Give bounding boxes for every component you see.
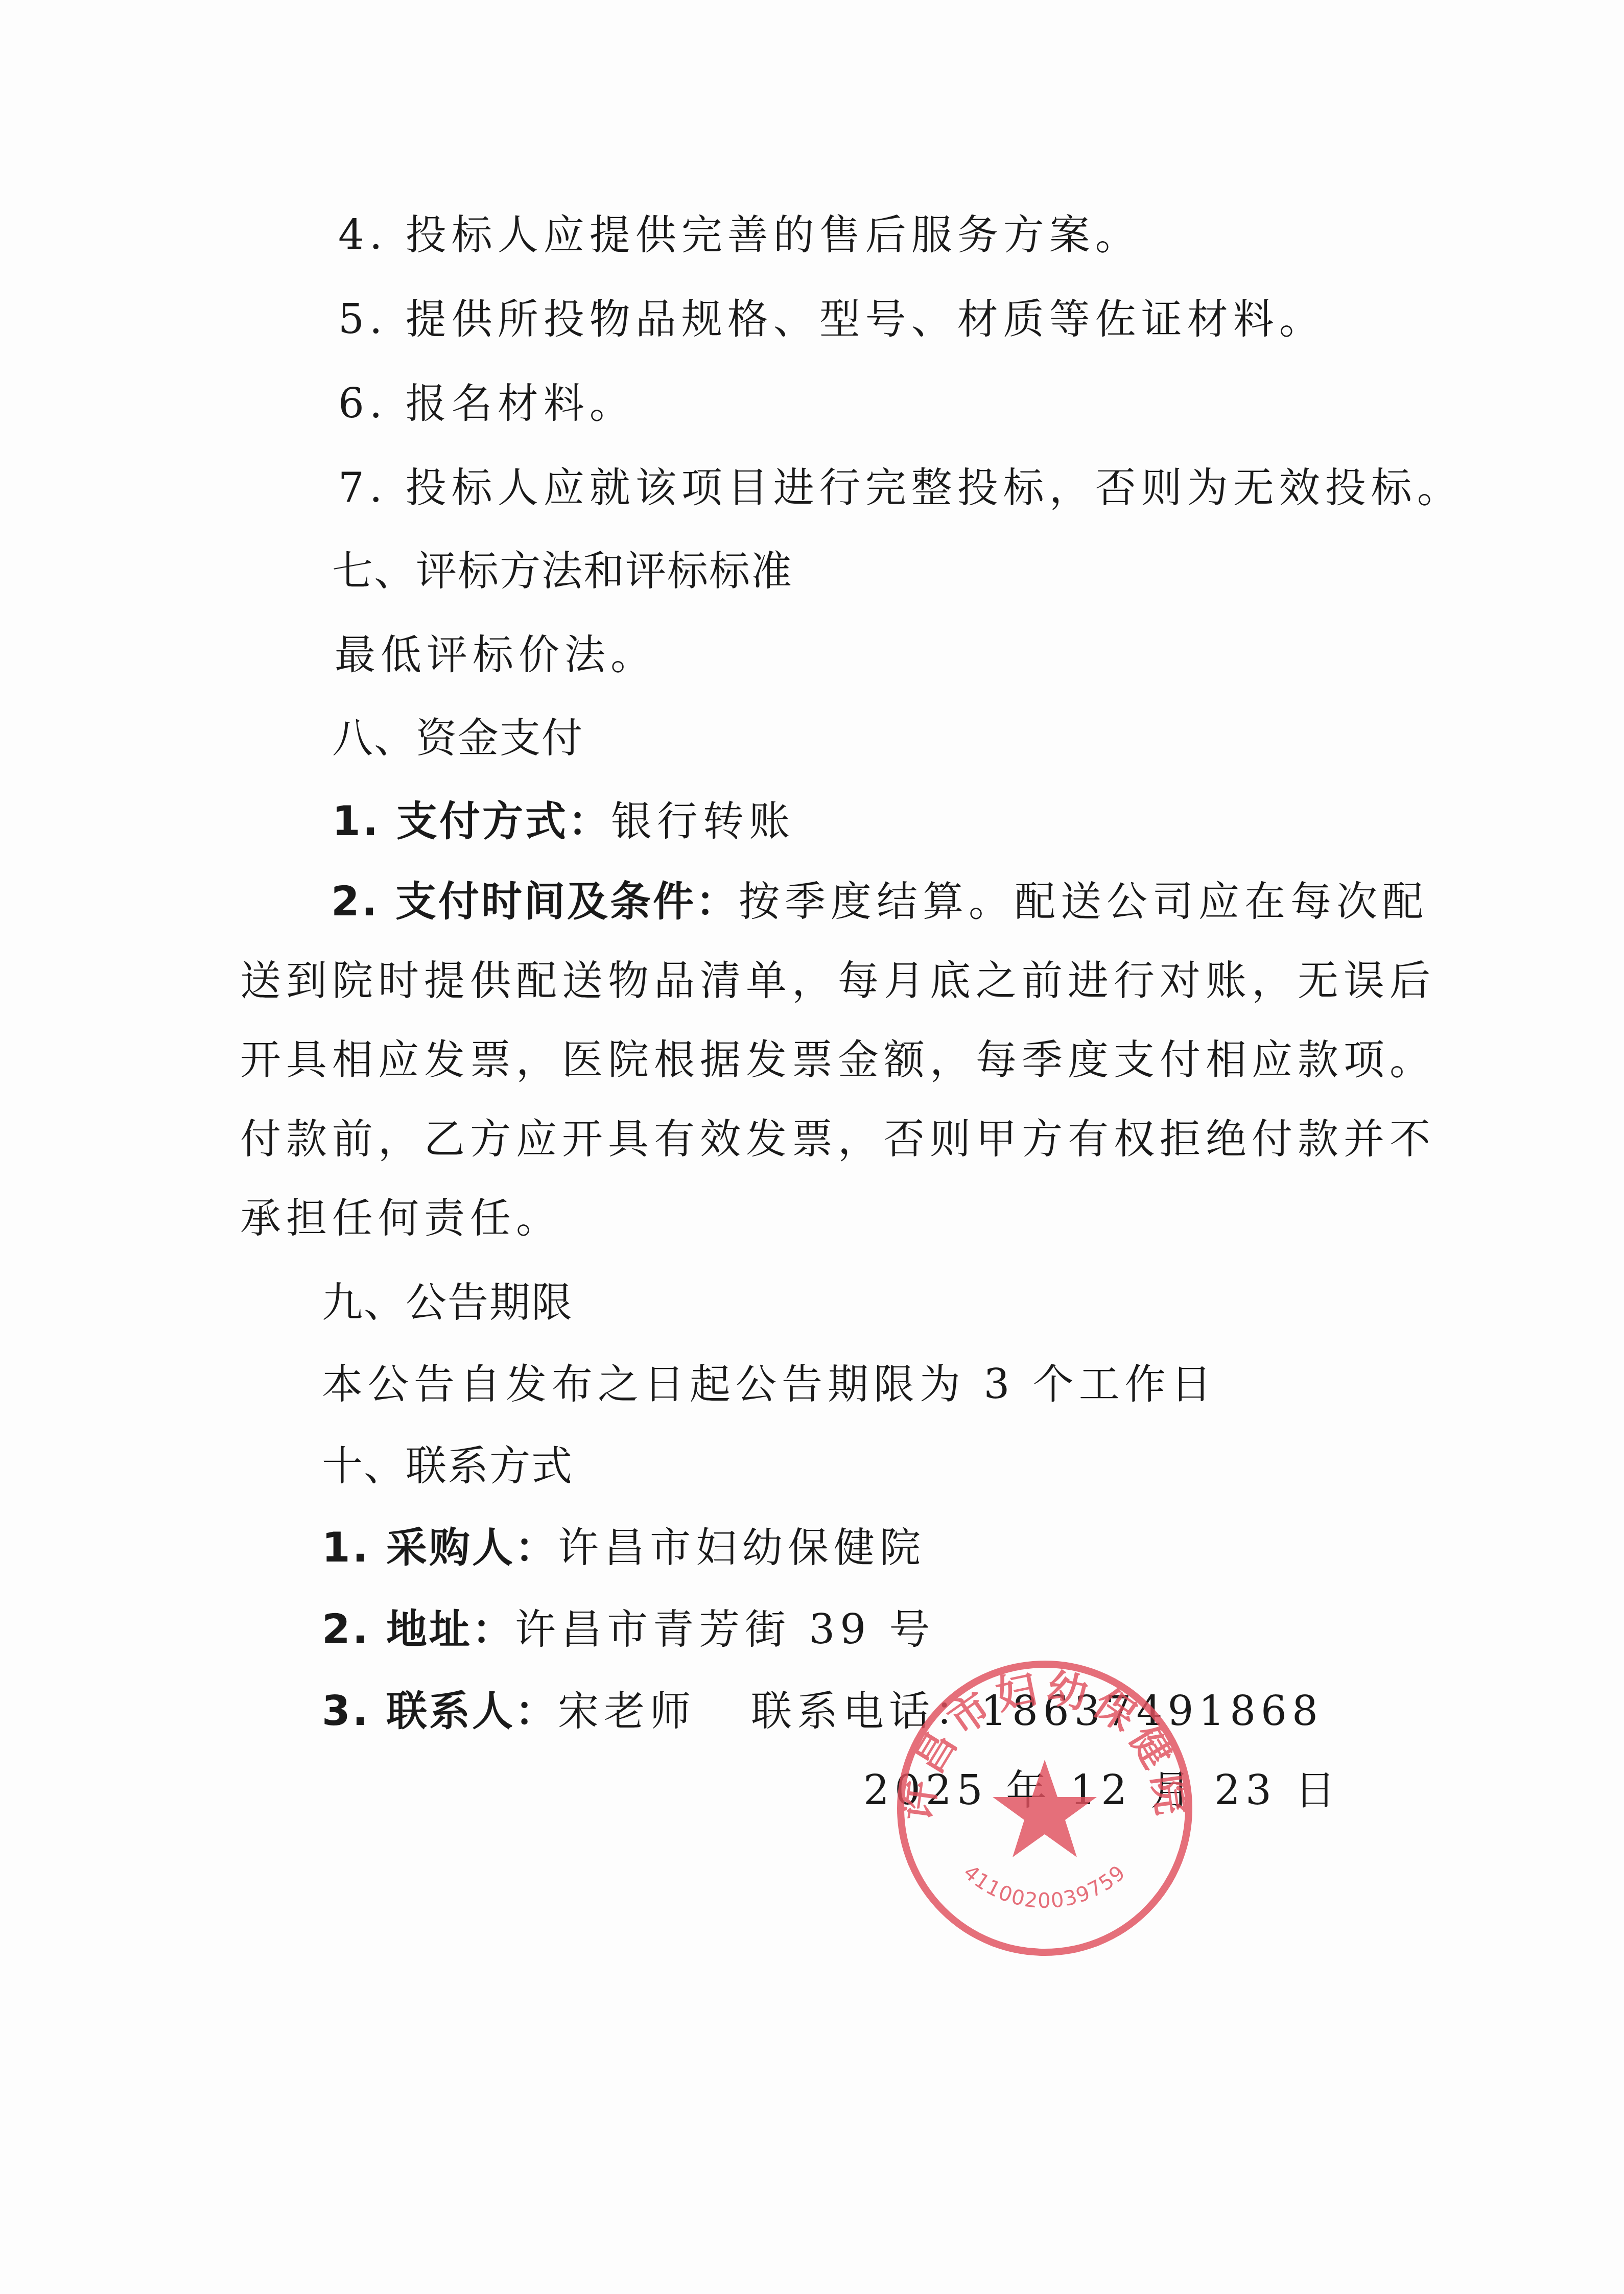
contact-value: 宋老师: [558, 1687, 696, 1735]
requirement-item-6: 6. 报名材料。: [338, 378, 636, 429]
phone-row: 联系电话：18637491868: [751, 1686, 1323, 1737]
requirement-item-5: 5. 提供所投物品规格、型号、材质等佐证材料。: [338, 294, 1325, 345]
payment-terms-line-2: 送到院时提供配送物品清单，每月底之前进行对账，无误后: [240, 955, 1435, 1006]
purchaser-label: 1. 采购人：: [322, 1524, 558, 1571]
phone-value: 18637491868: [981, 1687, 1323, 1735]
section-8-heading: 八、资金支付: [332, 713, 583, 764]
address-value: 许昌市青芳街 39 号: [515, 1605, 935, 1653]
address-label: 2. 地址：: [322, 1605, 515, 1653]
payment-method-label: 1. 支付方式：: [332, 797, 611, 845]
section-9-heading: 九、公告期限: [322, 1277, 573, 1328]
section-7-heading: 七、评标方法和评标标准: [332, 546, 793, 597]
payment-terms-line-3: 开具相应发票，医院根据发票金额，每季度支付相应款项。: [240, 1034, 1435, 1085]
payment-terms-line-1: 按季度结算。配送公司应在每次配: [739, 878, 1428, 925]
document-date: 2025 年 12 月 23 日: [863, 1765, 1340, 1816]
section-7-body: 最低评标价法。: [335, 629, 656, 680]
payment-terms-label: 2. 支付时间及条件：: [331, 878, 739, 925]
section-9-body: 本公告自发布之日起公告期限为 3 个工作日: [322, 1359, 1217, 1410]
address-row: 2. 地址：许昌市青芳街 39 号: [322, 1604, 935, 1655]
stamp-serial: 4110020039759: [959, 1860, 1131, 1913]
section-10-heading: 十、联系方式: [322, 1440, 573, 1492]
requirement-item-4: 4. 投标人应提供完善的售后服务方案。: [338, 209, 1141, 261]
contact-row: 3. 联系人：宋老师: [322, 1686, 696, 1737]
payment-method-value: 银行转账: [611, 797, 795, 845]
payment-terms-line-5: 承担任何责任。: [240, 1193, 562, 1244]
requirement-item-7: 7. 投标人应就该项目进行完整投标，否则为无效投标。: [338, 462, 1463, 513]
payment-method-row: 1. 支付方式：银行转账: [332, 796, 795, 847]
document-page: 4. 投标人应提供完善的售后服务方案。 5. 提供所投物品规格、型号、材质等佐证…: [0, 0, 1624, 2294]
contact-label: 3. 联系人：: [322, 1687, 558, 1735]
purchaser-row: 1. 采购人：许昌市妇幼保健院: [322, 1522, 926, 1573]
payment-terms-row: 2. 支付时间及条件：按季度结算。配送公司应在每次配: [331, 876, 1428, 927]
payment-terms-line-4: 付款前，乙方应开具有效发票，否则甲方有权拒绝付款并不: [240, 1114, 1435, 1165]
phone-label: 联系电话：: [751, 1687, 981, 1735]
purchaser-value: 许昌市妇幼保健院: [558, 1524, 926, 1571]
